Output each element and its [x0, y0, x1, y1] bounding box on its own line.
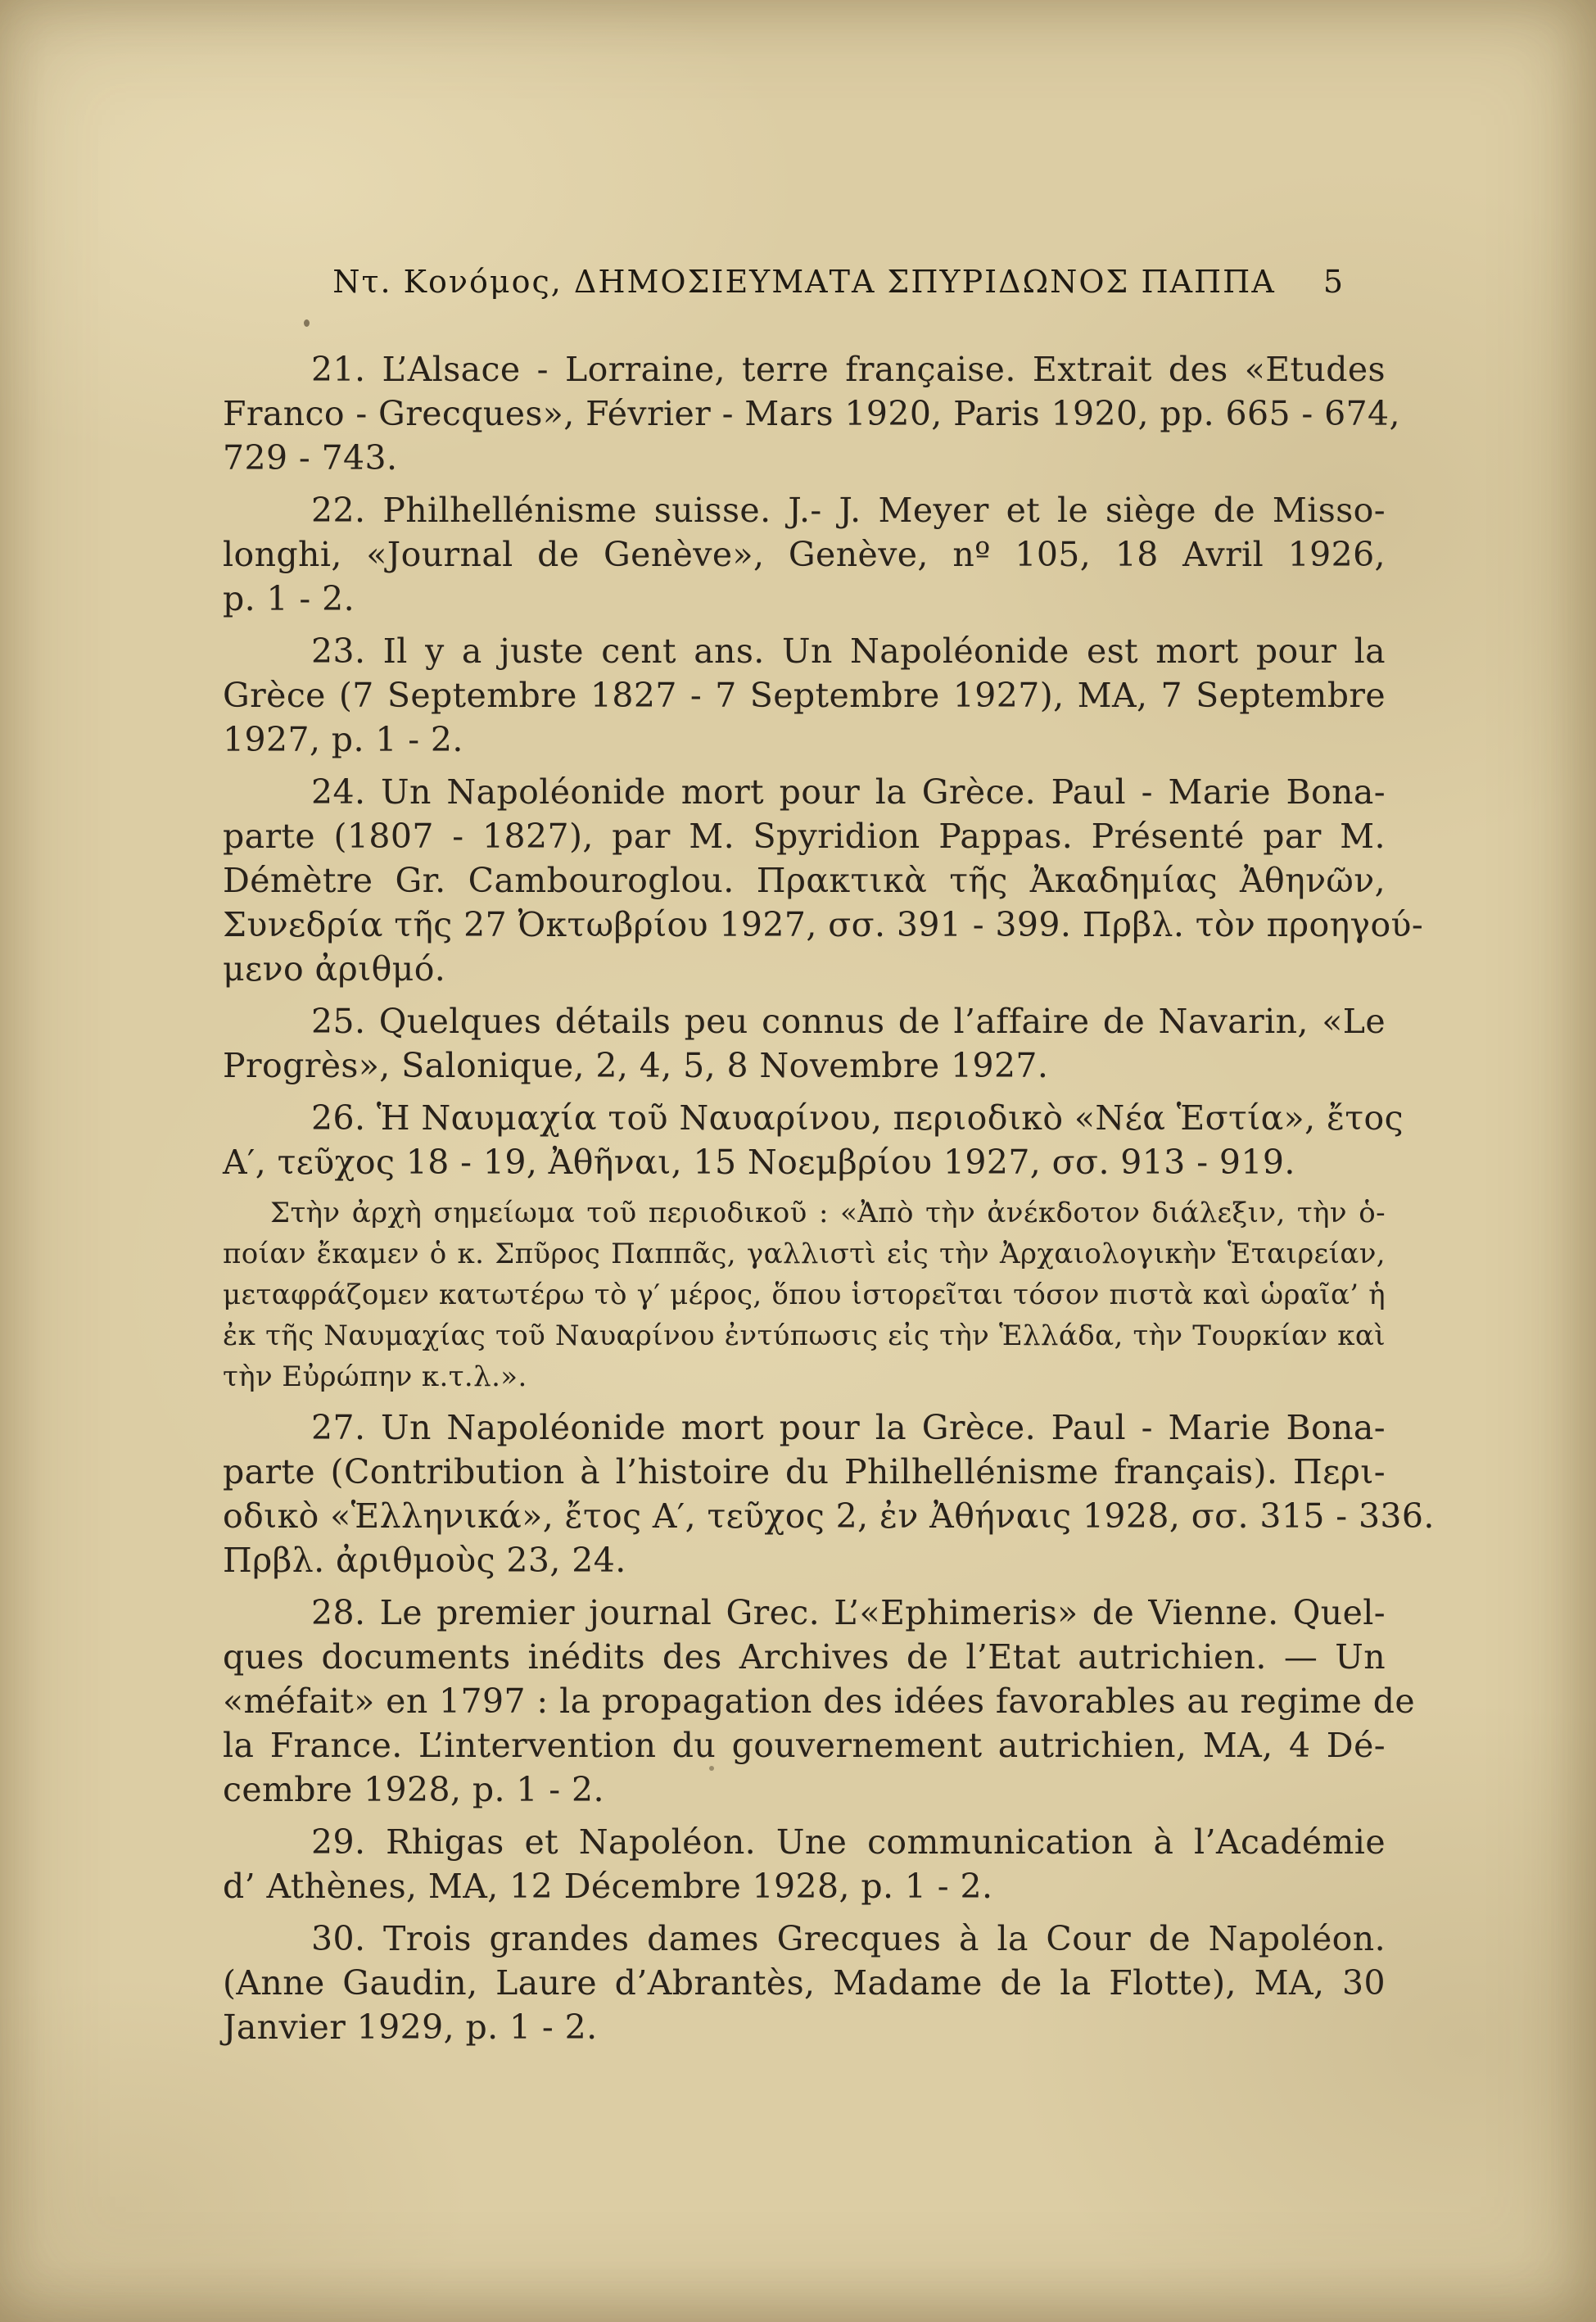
- text-line: 24. Un Napoléonide mort pour la Grèce. P…: [223, 770, 1386, 814]
- scanned-page: Ντ. Κονόμος, ΔΗΜΟΣΙΕΥΜΑΤΑ ΣΠΥΡΙΔΩΝΟΣ ΠΑΠ…: [0, 0, 1596, 2322]
- scan-speck: [1225, 834, 1229, 838]
- text-line: la France. L’intervention du gouvernemen…: [223, 1723, 1386, 1768]
- entry-21: 21. L’Alsace - Lorraine, terre française…: [223, 347, 1386, 480]
- scan-speck: [304, 319, 310, 327]
- text-line: 23. Il y a juste cent ans. Un Napoléonid…: [223, 629, 1386, 673]
- text-line: Janvier 1929, p. 1 - 2.: [223, 2005, 1386, 2049]
- text-line: 729 - 743.: [223, 436, 1386, 480]
- text-line: 27. Un Napoléonide mort pour la Grèce. P…: [223, 1405, 1386, 1450]
- text-line: 25. Quelques détails peu connus de l’aff…: [223, 999, 1386, 1043]
- running-title: Ντ. Κονόμος, ΔΗΜΟΣΙΕΥΜΑΤΑ ΣΠΥΡΙΔΩΝΟΣ ΠΑΠ…: [223, 264, 1386, 300]
- entry-25: 25. Quelques détails peu connus de l’aff…: [223, 999, 1386, 1088]
- text-line: 26. Ἡ Ναυμαχία τοῦ Ναυαρίνου, περιοδικὸ …: [223, 1096, 1386, 1140]
- text-line: Progrès», Salonique, 2, 4, 5, 8 Novembre…: [223, 1043, 1386, 1088]
- entry-26-note: Στὴν ἀρχὴ σημείωμα τοῦ περιοδικοῦ : «Ἀπὸ…: [223, 1193, 1386, 1397]
- text-line: μεταφράζομεν κατωτέρω τὸ γ′ μέρος, ὅπου …: [223, 1274, 1386, 1315]
- text-line: longhi, «Journal de Genève», Genève, nº …: [223, 532, 1386, 577]
- text-line: Franco - Grecques», Février - Mars 1920,…: [223, 392, 1386, 436]
- entry-28: 28. Le premier journal Grec. L’«Ephimeri…: [223, 1591, 1386, 1812]
- text-line: τὴν Εὐρώπην κ.τ.λ.».: [223, 1356, 1386, 1397]
- entry-23: 23. Il y a juste cent ans. Un Napoléonid…: [223, 629, 1386, 762]
- text-line: 30. Trois grandes dames Grecques à la Co…: [223, 1917, 1386, 1961]
- text-line: Στὴν ἀρχὴ σημείωμα τοῦ περιοδικοῦ : «Ἀπὸ…: [223, 1193, 1386, 1233]
- text-line: μενο ἀριθμό.: [223, 947, 1386, 991]
- entry-27: 27. Un Napoléonide mort pour la Grèce. P…: [223, 1405, 1386, 1582]
- page-number: 5: [1323, 264, 1343, 300]
- text-line: 1927, p. 1 - 2.: [223, 717, 1386, 762]
- text-line: 28. Le premier journal Grec. L’«Ephimeri…: [223, 1591, 1386, 1635]
- text-line: d’ Athènes, MA, 12 Décembre 1928, p. 1 -…: [223, 1864, 1386, 1908]
- text-line: Démètre Gr. Cambouroglou. Πρακτικὰ τῆς Ἀ…: [223, 858, 1386, 903]
- entry-30: 30. Trois grandes dames Grecques à la Co…: [223, 1917, 1386, 2049]
- text-line: 29. Rhigas et Napoléon. Une communicatio…: [223, 1820, 1386, 1864]
- text-line: ποίαν ἔκαμεν ὁ κ. Σπῦρος Παππᾶς, γαλλιστ…: [223, 1233, 1386, 1274]
- entry-26: 26. Ἡ Ναυμαχία τοῦ Ναυαρίνου, περιοδικὸ …: [223, 1096, 1386, 1184]
- text-line: «méfait» en 1797 : la propagation des id…: [223, 1679, 1386, 1723]
- text-line: p. 1 - 2.: [223, 577, 1386, 621]
- text-line: οδικὸ «Ἑλληνικά», ἔτος Α′, τεῦχος 2, ἐν …: [223, 1494, 1386, 1538]
- scan-speck: [709, 1766, 714, 1771]
- text-line: cembre 1928, p. 1 - 2.: [223, 1768, 1386, 1812]
- text-line: ἐκ τῆς Ναυμαχίας τοῦ Ναυαρίνου ἐντύπωσις…: [223, 1315, 1386, 1356]
- text-line: Grèce (7 Septembre 1827 - 7 Septembre 19…: [223, 673, 1386, 717]
- text-line: ques documents inédits des Archives de l…: [223, 1635, 1386, 1679]
- entry-24: 24. Un Napoléonide mort pour la Grèce. P…: [223, 770, 1386, 991]
- page-header: Ντ. Κονόμος, ΔΗΜΟΣΙΕΥΜΑΤΑ ΣΠΥΡΙΔΩΝΟΣ ΠΑΠ…: [223, 264, 1386, 306]
- entry-22: 22. Philhellénisme suisse. J.- J. Meyer …: [223, 488, 1386, 621]
- text-line: Συνεδρία τῆς 27 Ὀκτωβρίου 1927, σσ. 391 …: [223, 903, 1386, 947]
- text-line: 21. L’Alsace - Lorraine, terre française…: [223, 347, 1386, 392]
- bibliography-text: 21. L’Alsace - Lorraine, terre française…: [223, 347, 1386, 2057]
- entry-29: 29. Rhigas et Napoléon. Une communicatio…: [223, 1820, 1386, 1908]
- text-line: 22. Philhellénisme suisse. J.- J. Meyer …: [223, 488, 1386, 532]
- text-line: parte (1807 - 1827), par M. Spyridion Pa…: [223, 814, 1386, 858]
- text-line: parte (Contribution à l’histoire du Phil…: [223, 1450, 1386, 1494]
- text-line: (Anne Gaudin, Laure d’Abrantès, Madame d…: [223, 1961, 1386, 2005]
- text-line: Πρβλ. ἀριθμοὺς 23, 24.: [223, 1538, 1386, 1582]
- text-line: Α′, τεῦχος 18 - 19, Ἀθῆναι, 15 Νοεμβρίου…: [223, 1140, 1386, 1184]
